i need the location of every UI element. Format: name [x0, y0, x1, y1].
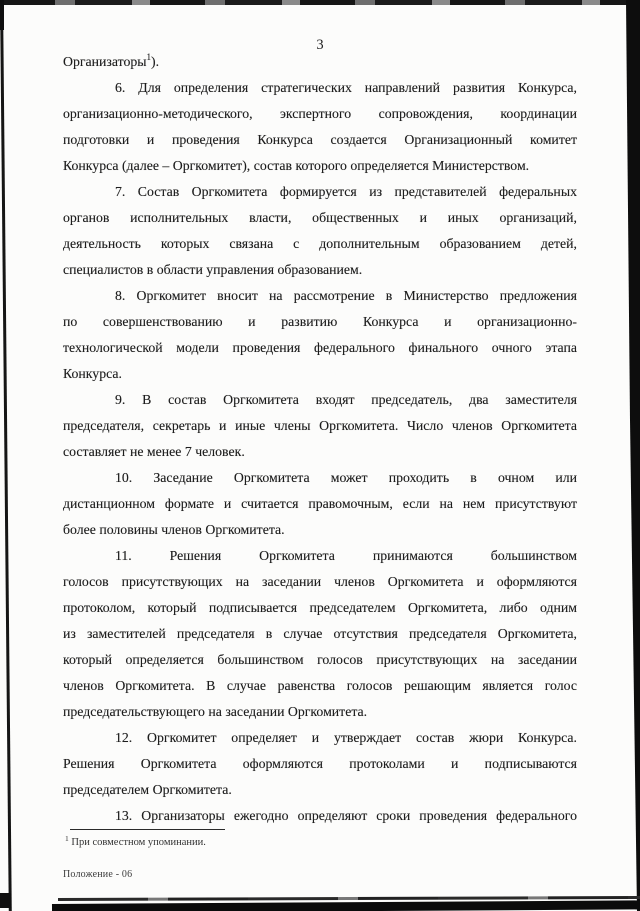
- scan-artifact-left-edge: [0, 0, 12, 911]
- text-line: председателя, секретарь и иные члены Орг…: [63, 413, 577, 439]
- text-line: 10. Заседание Оргкомитета может проходит…: [63, 465, 577, 491]
- text-line: голосов присутствующих на заседании член…: [63, 569, 577, 595]
- text-line: председательствующего на заседании Оргко…: [63, 699, 577, 725]
- paragraph: 12. Оргкомитет определяет и утверждает с…: [63, 725, 577, 803]
- text-line: председателем Оргкомитета.: [63, 777, 577, 803]
- document-body: Организаторы1).6. Для определения страте…: [63, 49, 577, 829]
- doc-code-label: Положение - 06: [63, 868, 132, 881]
- text-line: Решения Оргкомитета оформляются протокол…: [63, 751, 577, 777]
- text-line: 7. Состав Оргкомитета формируется из пре…: [63, 179, 577, 205]
- scan-artifact-bottom-shadow: [58, 896, 640, 901]
- text-line: который определяется большинством голосо…: [63, 647, 577, 673]
- text-line: 8. Оргкомитет вносит на рассмотрение в М…: [63, 283, 577, 309]
- paragraph: 13. Организаторы ежегодно определяют сро…: [63, 803, 577, 829]
- paragraph: 7. Состав Оргкомитета формируется из пре…: [63, 179, 577, 283]
- text-line: составляет не менее 7 человек.: [63, 439, 577, 465]
- text-line: органов исполнительных власти, обществен…: [63, 205, 577, 231]
- scan-artifact-bottom-edge: [52, 900, 640, 911]
- text-line: 12. Оргкомитет определяет и утверждает с…: [63, 725, 577, 751]
- text-line: протоколом, который подписывается предсе…: [63, 595, 577, 621]
- scan-artifact-top-edge: [0, 0, 640, 5]
- text-line: Конкурса.: [63, 361, 577, 387]
- text-line: организационно-методического, экспертног…: [63, 101, 577, 127]
- paragraph: 6. Для определения стратегических направ…: [63, 75, 577, 179]
- footnote-text: При совместном упоминании.: [71, 837, 205, 848]
- footnote: 1 При совместном упоминании.: [65, 836, 206, 850]
- text-line: дистанционном формате и считается правом…: [63, 491, 577, 517]
- text-line: подготовки и проведения Конкурса создает…: [63, 127, 577, 153]
- paragraph: 9. В состав Оргкомитета входят председат…: [63, 387, 577, 465]
- text-line: 6. Для определения стратегических направ…: [63, 75, 577, 101]
- text-line: из заместителей председателя в случае от…: [63, 621, 577, 647]
- text-line: более половины членов Оргкомитета.: [63, 517, 577, 543]
- paragraph: Организаторы1).: [63, 49, 577, 75]
- text-line: 13. Организаторы ежегодно определяют сро…: [63, 803, 577, 829]
- text-line: специалистов в области управления образо…: [63, 257, 577, 283]
- scan-artifact-bottom-corner: [0, 893, 11, 908]
- text-run: Организаторы: [63, 54, 147, 69]
- paragraph: 11. Решения Оргкомитета принимаются боль…: [63, 543, 577, 725]
- text-line: деятельность которых связана с дополните…: [63, 231, 577, 257]
- paragraph: 10. Заседание Оргкомитета может проходит…: [63, 465, 577, 543]
- text-line: 9. В состав Оргкомитета входят председат…: [63, 387, 577, 413]
- text-line: по совершенствованию и развитию Конкурса…: [63, 309, 577, 335]
- footnote-marker: 1: [65, 834, 69, 843]
- text-line: Организаторы1).: [63, 49, 577, 75]
- text-line: Конкурса (далее – Оргкомитет), состав ко…: [63, 153, 577, 179]
- paragraph: 8. Оргкомитет вносит на рассмотрение в М…: [63, 283, 577, 387]
- scan-artifact-left-corner: [0, 0, 4, 30]
- text-line: 11. Решения Оргкомитета принимаются боль…: [63, 543, 577, 569]
- footnote-separator: [70, 829, 225, 830]
- text-run: ).: [151, 54, 159, 69]
- text-line: технологической модели проведения федера…: [63, 335, 577, 361]
- text-line: членов Оргкомитета. В случае равенства г…: [63, 673, 577, 699]
